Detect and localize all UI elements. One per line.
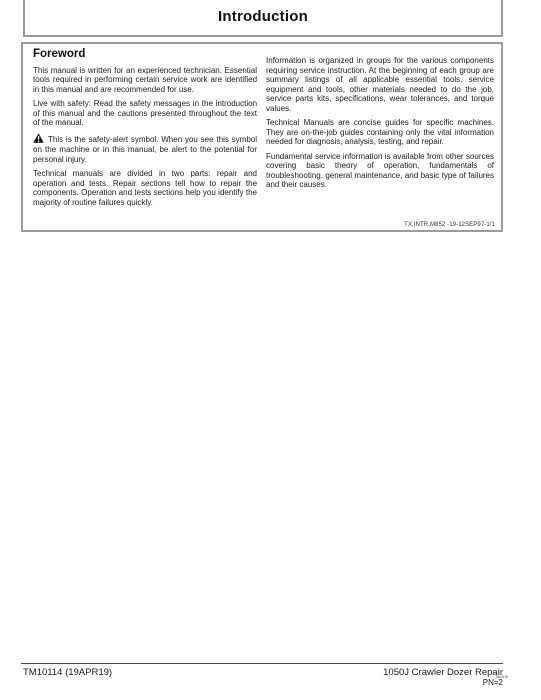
footer-page-number: PN=2 — [483, 678, 503, 687]
foreword-columns: Foreword This manual is written for an e… — [23, 44, 501, 212]
foreword-paragraph: Fundamental service information is avail… — [266, 152, 494, 190]
foreword-paragraph: Information is organized in groups for t… — [266, 56, 494, 113]
foreword-paragraph-safety-text: This is the safety-alert symbol. When yo… — [33, 135, 257, 164]
foreword-heading: Foreword — [33, 50, 257, 60]
foreword-section: Foreword This manual is written for an e… — [21, 42, 503, 232]
footer-manual-number: TM10114 (19APR19) — [23, 667, 112, 678]
foreword-paragraph: Live with safety: Read the safety messag… — [33, 99, 257, 128]
foreword-paragraph: Technical manuals are divided in two par… — [33, 169, 257, 207]
foreword-paragraph: Technical Manuals are concise guides for… — [266, 118, 494, 147]
foreword-paragraph: This manual is written for an experience… — [33, 66, 257, 95]
safety-alert-icon — [33, 133, 44, 146]
foreword-left-column: Foreword This manual is written for an e… — [33, 50, 257, 212]
manual-page: Introduction Foreword This manual is wri… — [0, 0, 541, 700]
reference-code: TX,INTR,M852 -19-12SEP97-1/1 — [404, 222, 495, 228]
foreword-right-column: Information is organized in groups for t… — [266, 50, 494, 212]
page-title: Introduction — [218, 8, 308, 25]
footer-manual-title: 1050J Crawler Dozer Repair — [383, 667, 503, 678]
footer-divider — [21, 663, 503, 664]
title-banner: Introduction — [23, 0, 503, 37]
foreword-paragraph-safety: This is the safety-alert symbol. When yo… — [33, 133, 257, 165]
